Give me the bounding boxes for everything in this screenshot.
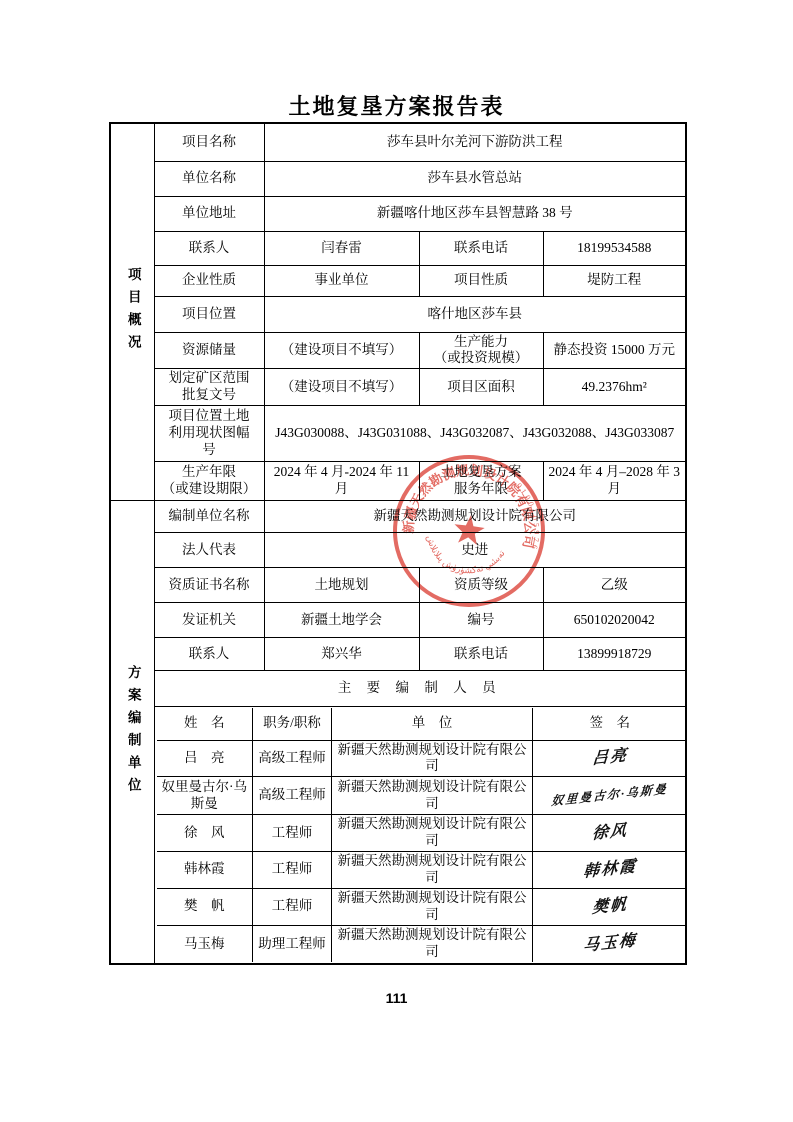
project-nature-value: 堤防工程 (543, 265, 686, 296)
handwritten-signature: 马玉梅 (582, 931, 637, 957)
issuer-label: 发证机关 (154, 603, 264, 638)
handwritten-signature: 樊帆 (591, 895, 628, 919)
unit-name-value: 莎车县水管总站 (264, 161, 686, 196)
issuer-value: 新疆土地学会 (264, 603, 419, 638)
resource-label: 资源储量 (154, 332, 264, 369)
capacity-value: 静态投资 15000 万元 (543, 332, 686, 369)
map-sheet-value: J43G030088、J43G031088、J43G032087、J43G032… (264, 406, 686, 462)
staff-name: 马玉梅 (157, 925, 253, 962)
mining-scope-label: 划定矿区范围 批复文号 (154, 369, 264, 406)
staff-unit: 新疆天然勘测规划设计院有限公司 (332, 815, 533, 852)
staff-header-name: 姓 名 (157, 708, 253, 740)
legal-rep-label: 法人代表 (154, 533, 264, 568)
staff-name: 奴里曼古尔·乌斯曼 (157, 777, 253, 815)
contact-value: 闫春雷 (264, 231, 419, 265)
resource-value: （建设项目不填写） (264, 332, 419, 369)
location-value: 喀什地区莎车县 (264, 296, 686, 332)
contact-label: 联系人 (154, 231, 264, 265)
map-sheet-label: 项目位置土地 利用现状图幅 号 (154, 406, 264, 462)
report-table: 项目概况 项目名称 莎车县叶尔羌河下游防洪工程 单位名称 莎车县水管总站 单位地… (109, 122, 687, 965)
cert-number-value: 650102020042 (543, 603, 686, 638)
document-page: 土地复垦方案报告表 项目概况 项目名称 莎车县叶尔羌河下游防洪工程 单位名称 莎… (0, 0, 793, 1122)
compiler-phone-value: 13899918729 (543, 638, 686, 671)
signature-cell: 马玉梅 (533, 925, 687, 962)
compiler-contact-value: 郑兴华 (264, 638, 419, 671)
production-period-label: 生产年限 （或建设期限） (154, 462, 264, 501)
staff-unit: 新疆天然勘测规划设计院有限公司 (332, 852, 533, 889)
staff-row: 吕 亮 高级工程师 新疆天然勘测规划设计院有限公司 吕亮 (157, 740, 687, 777)
staff-header-title: 职务/职称 (253, 708, 332, 740)
section-label-compiler: 方案编制单位 (110, 501, 154, 965)
staff-title: 助理工程师 (253, 925, 332, 962)
staff-row: 马玉梅 助理工程师 新疆天然勘测规划设计院有限公司 马玉梅 (157, 925, 687, 962)
unit-address-value: 新疆喀什地区莎车县智慧路 38 号 (264, 196, 686, 231)
staff-name: 樊 帆 (157, 888, 253, 925)
service-period-label: 土地复垦方案 服务年限 (419, 462, 543, 501)
staff-title: 高级工程师 (253, 740, 332, 777)
staff-row: 樊 帆 工程师 新疆天然勘测规划设计院有限公司 樊帆 (157, 888, 687, 925)
handwritten-signature: 韩林霞 (582, 857, 637, 883)
staff-name: 吕 亮 (157, 740, 253, 777)
unit-name-label: 单位名称 (154, 161, 264, 196)
cert-number-label: 编号 (419, 603, 543, 638)
staff-header-row: 姓 名 职务/职称 单 位 签 名 (157, 708, 687, 740)
staff-title: 工程师 (253, 815, 332, 852)
page-number: 111 (0, 990, 793, 1006)
staff-row: 徐 风 工程师 新疆天然勘测规划设计院有限公司 徐风 (157, 815, 687, 852)
compiler-org-label: 编制单位名称 (154, 501, 264, 533)
staff-row: 奴里曼古尔·乌斯曼 高级工程师 新疆天然勘测规划设计院有限公司 奴里曼古尔·乌斯… (157, 777, 687, 815)
staff-unit: 新疆天然勘测规划设计院有限公司 (332, 777, 533, 815)
service-period-value: 2024 年 4 月–2028 年 3 月 (543, 462, 686, 501)
staff-table: 姓 名 职务/职称 单 位 签 名 吕 亮 高级工程师 新疆天然勘测规划设计院有… (157, 708, 687, 962)
enterprise-type-label: 企业性质 (154, 265, 264, 296)
signature-cell: 韩林霞 (533, 852, 687, 889)
staff-title: 工程师 (253, 852, 332, 889)
staff-header-unit: 单 位 (332, 708, 533, 740)
signature-cell: 奴里曼古尔·乌斯曼 (533, 777, 687, 815)
handwritten-signature: 奴里曼古尔·乌斯曼 (551, 782, 668, 809)
legal-rep-value: 史进 (264, 533, 686, 568)
staff-title: 工程师 (253, 888, 332, 925)
staff-unit: 新疆天然勘测规划设计院有限公司 (332, 740, 533, 777)
project-name-value: 莎车县叶尔羌河下游防洪工程 (264, 123, 686, 161)
compiler-phone-label: 联系电话 (419, 638, 543, 671)
page-title: 土地复垦方案报告表 (0, 90, 793, 121)
handwritten-signature: 徐风 (591, 821, 628, 845)
phone-value: 18199534588 (543, 231, 686, 265)
staff-name: 韩林霞 (157, 852, 253, 889)
capacity-label: 生产能力 （或投资规模） (419, 332, 543, 369)
staff-header-sign: 签 名 (533, 708, 687, 740)
staff-row: 韩林霞 工程师 新疆天然勘测规划设计院有限公司 韩林霞 (157, 852, 687, 889)
cert-name-value: 土地规划 (264, 568, 419, 603)
mining-scope-value: （建设项目不填写） (264, 369, 419, 406)
staff-section-title: 主 要 编 制 人 员 (154, 671, 686, 707)
signature-cell: 徐风 (533, 815, 687, 852)
area-label: 项目区面积 (419, 369, 543, 406)
compiler-org-value: 新疆天然勘测规划设计院有限公司 (264, 501, 686, 533)
unit-address-label: 单位地址 (154, 196, 264, 231)
enterprise-type-value: 事业单位 (264, 265, 419, 296)
section-label-project-overview: 项目概况 (110, 123, 154, 501)
phone-label: 联系电话 (419, 231, 543, 265)
handwritten-signature: 吕亮 (591, 746, 628, 770)
cert-grade-value: 乙级 (543, 568, 686, 603)
signature-cell: 樊帆 (533, 888, 687, 925)
staff-unit: 新疆天然勘测规划设计院有限公司 (332, 888, 533, 925)
signature-cell: 吕亮 (533, 740, 687, 777)
staff-table-container: 姓 名 职务/职称 单 位 签 名 吕 亮 高级工程师 新疆天然勘测规划设计院有… (154, 707, 686, 965)
area-value: 49.2376hm² (543, 369, 686, 406)
cert-grade-label: 资质等级 (419, 568, 543, 603)
staff-title: 高级工程师 (253, 777, 332, 815)
project-nature-label: 项目性质 (419, 265, 543, 296)
cert-name-label: 资质证书名称 (154, 568, 264, 603)
staff-name: 徐 风 (157, 815, 253, 852)
compiler-contact-label: 联系人 (154, 638, 264, 671)
location-label: 项目位置 (154, 296, 264, 332)
project-name-label: 项目名称 (154, 123, 264, 161)
production-period-value: 2024 年 4 月-2024 年 11 月 (264, 462, 419, 501)
staff-unit: 新疆天然勘测规划设计院有限公司 (332, 925, 533, 962)
